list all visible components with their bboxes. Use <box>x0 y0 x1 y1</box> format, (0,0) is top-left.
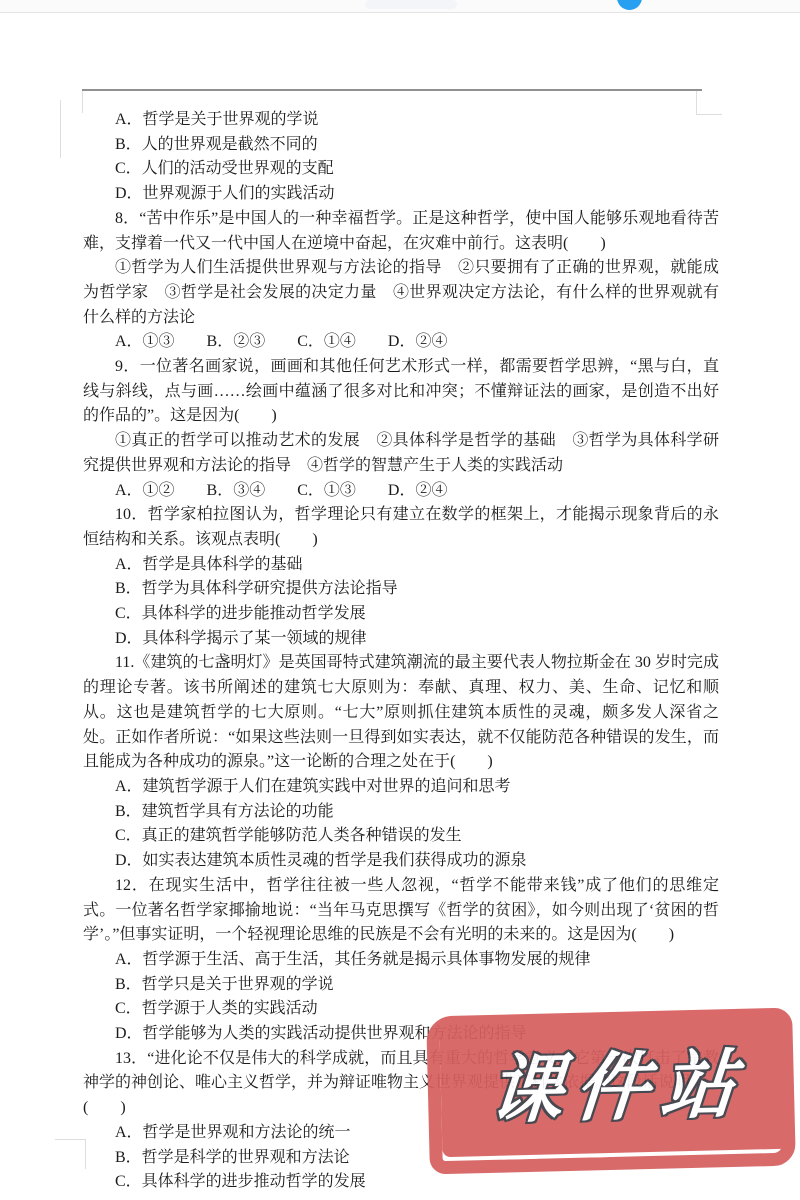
text-line: A．哲学是关于世界观的学说 <box>83 108 719 133</box>
text-line: C．具体科学的进步推动哲学的发展 <box>83 1170 719 1195</box>
text-line: A．哲学源于生活、高于生活，其任务就是揭示具体事物发展的规律 <box>83 948 719 973</box>
text-line: C．真正的建筑哲学能够防范人类各种错误的发生 <box>83 824 719 849</box>
browser-account-icon[interactable] <box>617 0 642 10</box>
header-divider <box>82 89 702 91</box>
browser-topbar <box>0 0 800 13</box>
text-line: A．哲学是具体科学的基础 <box>83 553 719 578</box>
text-line: ①真正的哲学可以推动艺术的发展 ②具体科学是哲学的基础 ③哲学为具体科学研究提供… <box>83 429 719 478</box>
stamp-label: 课件站 <box>486 1048 750 1128</box>
text-line: C．具体科学的进步能推动哲学发展 <box>83 602 719 627</box>
watermark-stamp: 课件站 <box>426 1008 796 1175</box>
text-boundary-mark <box>55 1139 86 1140</box>
text-line: 12．在现实生活中，哲学往往被一些人忽视，“哲学不能带来钱”成了他们的思维定式。… <box>83 874 719 948</box>
text-line: A．①② B．③④ C．①③ D．②④ <box>83 479 719 504</box>
text-line: B．哲学为具体科学研究提供方法论指导 <box>83 577 719 602</box>
text-line: D．具体科学揭示了某一领域的规律 <box>83 627 719 652</box>
text-line: B．人的世界观是截然不同的 <box>83 133 719 158</box>
document-page: A．哲学是关于世界观的学说B．人的世界观是截然不同的C．人们的活动受世界观的支配… <box>0 13 800 1200</box>
text-line: B．建筑哲学具有方法论的功能 <box>83 800 719 825</box>
text-line: 10．哲学家柏拉图认为，哲学理论只有建立在数学的框架上，才能揭示现象背后的永恒结… <box>83 503 719 552</box>
browser-tab[interactable] <box>365 0 457 9</box>
text-line: B．哲学只是关于世界观的学说 <box>83 973 719 998</box>
text-boundary-mark <box>60 100 61 158</box>
text-line: D．世界观源于人们的实践活动 <box>83 182 719 207</box>
text-line: 9．一位著名画家说，画画和其他任何艺术形式一样，都需要哲学思辨，“黑与白，直线与… <box>83 355 719 429</box>
text-line: A．建筑哲学源于人们在建筑实践中对世界的追问和思考 <box>83 775 719 800</box>
text-line: 8．“苦中作乐”是中国人的一种幸福哲学。正是这种哲学，使中国人能够乐观地看待苦难… <box>83 207 719 256</box>
text-line: C．人们的活动受世界观的支配 <box>83 157 719 182</box>
stamp-background: 课件站 <box>439 1019 788 1157</box>
text-line: D．如实表达建筑本质性灵魂的哲学是我们获得成功的源泉 <box>83 849 719 874</box>
text-line: A．①③ B．②③ C．①④ D．②④ <box>83 330 719 355</box>
text-line: 11.《建筑的七盏明灯》是英国哥特式建筑潮流的最主要代表人物拉斯金在 30 岁时… <box>83 651 719 775</box>
text-line: ①哲学为人们生活提供世界观与方法论的指导 ②只要拥有了正确的世界观，就能成为哲学… <box>83 256 719 330</box>
